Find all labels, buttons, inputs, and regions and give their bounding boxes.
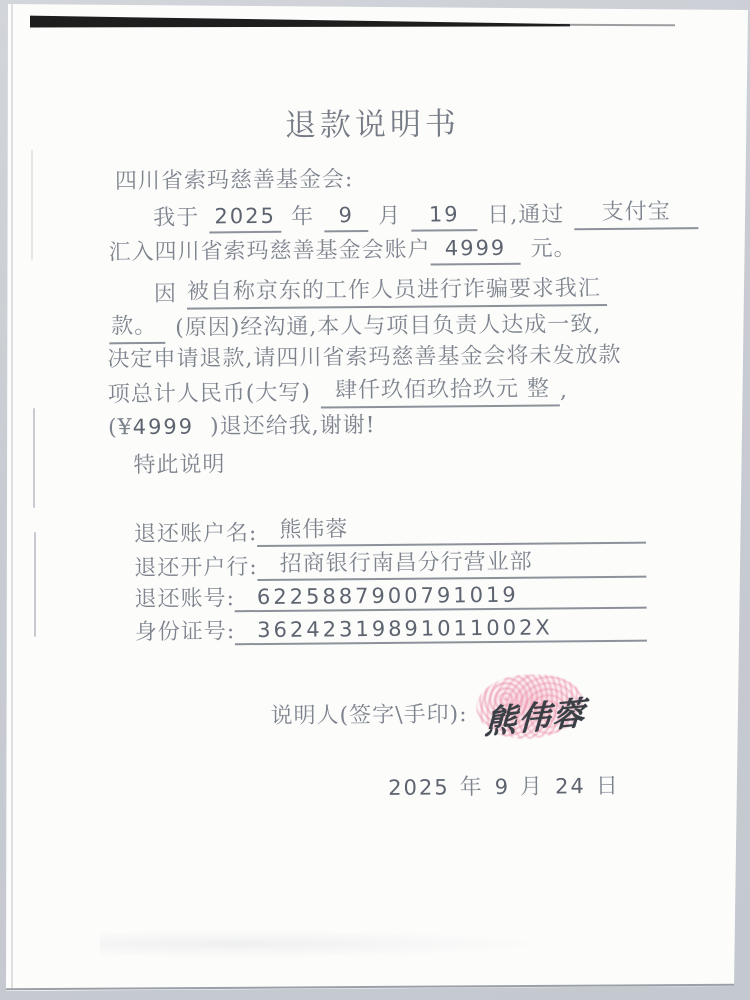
field-account-number: 退还账号: 6225887900791019	[134, 578, 646, 613]
field-bank-branch-value: 招商银行南昌分行营业部	[258, 544, 647, 581]
field-bank-branch-label: 退还开户行:	[134, 550, 258, 582]
filled-month: 9	[324, 200, 368, 232]
p2-rest: (原因)经沟通,本人与项目负责人达成一致,	[175, 312, 601, 341]
scanned-paper-sheet: 退款说明书 四川省索玛慈善基金会: 我于2025年9月19日,通过支付宝 汇入四…	[0, 0, 750, 1000]
field-account-number-value: 6225887900791019	[235, 582, 647, 613]
p1-amount-unit: 元。	[530, 236, 576, 261]
date-year-unit: 年	[460, 775, 485, 800]
filled-payment-method: 支付宝	[574, 197, 698, 230]
scanner-background: { "doc": { "title": "退款说明书", "salutation…	[0, 0, 750, 1000]
p1-lead: 我于	[153, 206, 199, 231]
salutation: 四川省索玛慈善基金会:	[115, 165, 354, 197]
p1-account-prefix: 汇入四川省索玛慈善基金会账户	[108, 238, 430, 266]
filled-amount-numeric: 4999	[133, 415, 195, 440]
filled-amount: 4999	[430, 233, 520, 266]
date-year: 2025	[388, 775, 450, 800]
p2e-open: (¥	[108, 415, 133, 440]
paragraph2-line3: 决定申请退款,请四川省索玛慈善基金会将未发放款	[107, 341, 621, 375]
date-month-unit: 月	[520, 775, 545, 800]
field-id-number-value: 36242319891011002X	[235, 615, 647, 646]
paragraph2-line1: 因被自称京东的工作人员进行诈骗要求我汇	[154, 274, 607, 310]
field-account-name-label: 退还账户名:	[134, 516, 258, 548]
p1-month-unit: 月	[378, 204, 401, 229]
field-account-name-value: 熊伟蓉	[257, 510, 646, 547]
document-date: 2025年9月24日	[388, 771, 621, 804]
document-title: 退款说明书	[0, 107, 748, 144]
p1-day-unit: 日,通过	[487, 202, 564, 228]
filled-reason-line1: 被自称京东的工作人员进行诈骗要求我汇	[187, 274, 607, 310]
filled-reason-line2: 款。	[109, 312, 165, 344]
signature-label: 说明人(签字\手印):	[270, 700, 467, 732]
p2-words-suffix: ,	[560, 378, 568, 403]
field-id-number-label: 身份证号:	[135, 614, 236, 646]
filled-day: 19	[411, 199, 477, 232]
p2-words-prefix: 项总计人民币(大写)	[108, 381, 311, 408]
paragraph1-line2: 汇入四川省索玛慈善基金会账户4999元。	[108, 232, 576, 268]
field-bank-branch: 退还开户行: 招商银行南昌分行营业部	[134, 544, 646, 582]
signature-handwriting: 熊伟蓉	[484, 688, 588, 744]
paragraph1-line1: 我于2025年9月19日,通过支付宝	[153, 197, 698, 234]
p2e-close: )退还给我,谢谢!	[210, 413, 376, 439]
field-id-number: 身份证号: 36242319891011002X	[135, 611, 647, 646]
document-content: 退款说明书 四川省索玛慈善基金会: 我于2025年9月19日,通过支付宝 汇入四…	[0, 0, 750, 1000]
closing-statement: 特此说明	[133, 450, 225, 481]
filled-amount-words: 肆仟玖佰玖拾玖元 整	[321, 374, 560, 408]
date-day-unit: 日	[596, 774, 621, 799]
paragraph2-line5: (¥4999)退还给我,谢谢!	[108, 410, 376, 443]
date-day: 24	[555, 774, 586, 798]
p1-year-unit: 年	[291, 205, 314, 230]
filled-year: 2025	[209, 201, 281, 234]
field-account-name: 退还账户名: 熊伟蓉	[134, 510, 646, 548]
paragraph2-line4: 项总计人民币(大写)肆仟玖佰玖拾玖元 整,	[108, 374, 568, 410]
field-account-number-label: 退还账号:	[134, 581, 235, 613]
p2-lead: 因	[154, 282, 177, 307]
date-month: 9	[495, 775, 511, 799]
paragraph2-line2: 款。(原因)经沟通,本人与项目负责人达成一致,	[109, 308, 601, 344]
